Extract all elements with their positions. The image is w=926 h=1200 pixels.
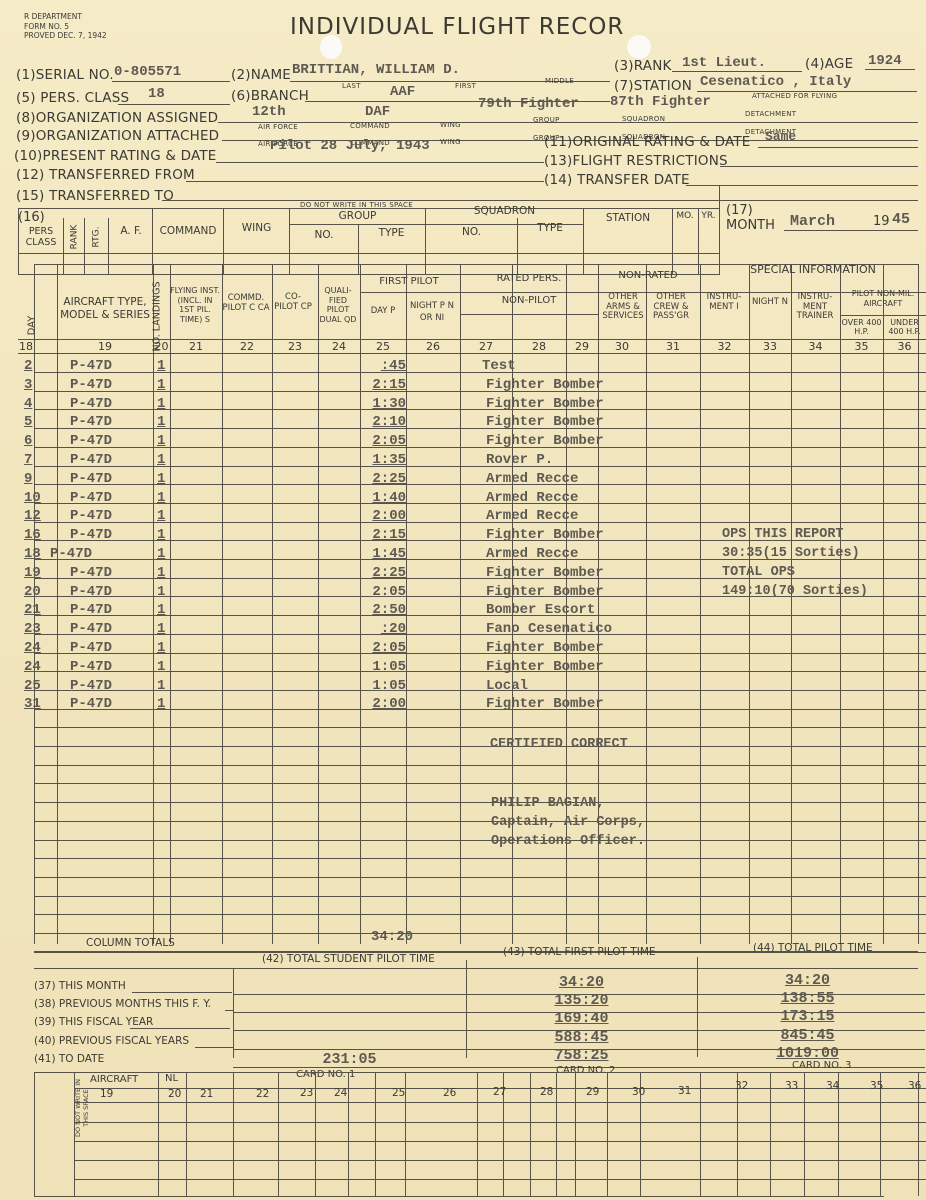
table-row[interactable]: 24P-47D12:05Fighter Bomber [0,640,926,658]
card-column-number: 29 [586,1086,599,1098]
flight-aircraft: P-47D [70,602,112,618]
serial-value[interactable]: 0-805571 [114,64,181,80]
present-rating-label: (10)PRESENT RATING & DATE [14,148,217,164]
flight-day: 19 [24,565,41,581]
flight-day-time: 2:10 [362,414,406,430]
rank-label: (3)RANK [614,58,672,74]
table-row[interactable]: 3P-47D12:15Fighter Bomber [0,377,926,395]
flight-day-time: 2:00 [362,696,406,712]
header-instr-trainer: INSTRU- MENT TRAINER [791,293,839,322]
column-number: 18 [18,340,34,353]
card-column-number: 24 [334,1087,347,1099]
flight-day-time: 1:35 [362,452,406,468]
station-label: (7)STATION [614,78,692,94]
card-column-line [348,1072,349,1196]
flight-landings: 1 [157,377,165,393]
flight-day: 25 [24,678,41,694]
grid-row-line [34,858,926,859]
grid-line [840,315,926,316]
flight-aircraft: P-47D [70,396,112,412]
card-aircraft-label: AIRCRAFT [90,1074,138,1085]
card-column-line [770,1072,771,1196]
column-number: 31 [646,340,700,353]
column-number: 22 [222,340,272,353]
rank-value[interactable]: 1st Lieut. [682,55,766,71]
header-qualified: QUALI- FIED PILOT DUAL QD [318,286,358,324]
card-column-line [278,1072,279,1196]
branch-value[interactable]: AAF [390,84,415,100]
sub-label-detachment: DETACHMENT [745,110,796,118]
header-fp-night: NIGHT P N OR NI [406,300,458,324]
month-value[interactable]: March [790,213,835,230]
card-row-line [74,1122,926,1123]
code-mo: MO. [672,211,698,222]
column-number: 20 [153,340,170,353]
header-rated-pers: RATED PERS. [460,273,598,284]
flight-day-time: 1:40 [362,490,406,506]
totals-leader-line [132,992,232,993]
grid-row-line [34,802,926,803]
flight-remark: Fighter Bomber [486,414,604,430]
first-pilot-time-label: (43) TOTAL FIRST PILOT TIME [503,946,656,958]
flight-remark: Local [486,678,528,694]
flight-remark: Fighter Bomber [486,640,604,656]
grid-row-line [34,765,926,766]
card-row-line [74,1179,926,1180]
flight-day: 24 [24,659,41,675]
flight-landings: 1 [157,508,165,524]
flight-remark: Fighter Bomber [486,433,604,449]
flight-remark: Rover P. [486,452,553,468]
first-pilot-time: 758:25 [466,1047,697,1064]
field-16-label: (16) [18,210,45,225]
code-station: STATION [584,213,672,224]
code-squadron: SQUADRON [426,206,583,217]
org-assigned-af[interactable]: 12th [252,104,286,120]
code-group-type: TYPE [358,228,425,239]
column-number: 32 [700,340,749,353]
month-label: MONTH [726,218,775,233]
card-column-number: 32 [735,1080,748,1092]
org-assigned-command[interactable]: DAF [365,104,390,120]
table-row[interactable]: 31P-47D12:00Fighter Bomber [0,696,926,714]
first-pilot-time: 169:40 [466,1010,697,1027]
flight-day-time: 2:25 [362,471,406,487]
table-row[interactable]: 6P-47D12:05Fighter Bomber [0,433,926,451]
flight-aircraft: P-47D [70,414,112,430]
age-label: (4)AGE [805,56,853,72]
column-number: 33 [749,340,791,353]
flight-landings: 1 [157,546,165,562]
header-night: NIGHT N [749,293,791,312]
card-row-line [74,1160,926,1161]
org-assigned-squadron[interactable]: 87th Fighter [610,94,711,110]
column-number: 30 [598,340,646,353]
card-line [34,1196,884,1197]
flight-landings: 1 [157,414,165,430]
flight-day: 21 [24,602,41,618]
card-line [34,1072,35,1196]
flight-day-time: 2:00 [362,508,406,524]
total-pilot-time: 138:55 [697,990,918,1007]
flight-remark: Fighter Bomber [486,696,604,712]
flight-day-time: 1:05 [362,659,406,675]
flight-aircraft: P-47D [70,508,112,524]
card-row-line [74,1141,926,1142]
flight-aircraft: P-47D [70,640,112,656]
flight-landings: 1 [157,527,165,543]
ops-this-report-value: 30:35(15 Sorties) [722,544,868,563]
name-value[interactable]: BRITTIAN, WILLIAM D. [292,62,460,78]
flight-day-time: 2:05 [362,433,406,449]
form-number: FORM NO. 5 [24,22,107,32]
grid-row-line [34,914,926,915]
serial-label: (1)SERIAL NO. [16,67,114,83]
total-ops-label: TOTAL OPS [722,563,868,582]
flight-aircraft: P-47D [70,471,112,487]
card-column-number: 25 [392,1087,405,1099]
first-pilot-time: 34:20 [466,974,697,991]
code-wing: WING [224,223,289,234]
total-ops-value: 149:10(70 Sorties) [722,582,868,601]
flight-aircraft: P-47D [70,490,112,506]
header-aircraft: AIRCRAFT TYPE, MODEL & SERIES [57,296,153,322]
sub-label-command: COMMAND [350,122,390,130]
code-group: GROUP [290,211,425,222]
card-column-number: 27 [493,1086,506,1098]
card-column-number: 31 [678,1085,691,1097]
card-column-number: 23 [300,1087,313,1099]
grid-row-line [34,877,926,878]
flight-day-time: 2:50 [362,602,406,618]
card-column-number: 19 [100,1088,113,1100]
totals-row-label: (39) THIS FISCAL YEAR [34,1016,153,1028]
flight-aircraft: P-47D [50,546,92,562]
flight-aircraft: P-47D [70,621,112,637]
table-row[interactable]: 21P-47D12:50Bomber Escort [0,602,926,620]
header-other-crew: OTHER CREW & PASS'GR [646,293,696,322]
flight-landings: 1 [157,584,165,600]
flight-aircraft: P-47D [70,377,112,393]
flight-day: 7 [24,452,32,468]
header-non-pilot: NON-PILOT [460,295,598,306]
flight-landings: 1 [157,696,165,712]
card-column-number: 36 [908,1080,921,1092]
sub-label-attached: ATTACHED FOR FLYING [752,92,837,100]
card-column-line [186,1072,187,1196]
name-label: (2)NAME [231,67,291,83]
flight-day: 6 [24,433,32,449]
flight-record-form: R DEPARTMENT FORM NO. 5 PROVED DEC. 7, 1… [0,0,926,1200]
code-command: COMMAND [153,226,223,237]
flight-day: 9 [24,471,32,487]
flight-day: 24 [24,640,41,656]
card-column-line [575,1072,576,1196]
table-row[interactable]: 9P-47D12:25Armed Recce [0,471,926,489]
header-co-pilot: CO- PILOT CP [272,292,314,312]
month-num-label: (17) [726,203,753,218]
flight-landings: 1 [157,602,165,618]
header-non-rated: NON-RATED [598,270,698,281]
code-pers-class: PERS CLASS [20,226,62,248]
flight-aircraft: P-47D [70,678,112,694]
first-pilot-time: 135:20 [466,992,697,1009]
flight-landings: 1 [157,433,165,449]
column-number: 29 [566,340,598,353]
flight-remark: Fano Cesenatico [486,621,612,637]
flight-day-time: 2:15 [362,377,406,393]
flight-remark: Fighter Bomber [486,659,604,675]
first-pilot-time: 588:45 [466,1029,697,1046]
code-squadron-no: NO. [426,227,517,238]
form-header-meta: R DEPARTMENT FORM NO. 5 PROVED DEC. 7, 1… [24,12,107,41]
special-notes: OPS THIS REPORT 30:35(15 Sorties) TOTAL … [722,525,868,601]
grid-line [18,353,926,354]
code-group-no: NO. [290,230,358,241]
grid-row-line [34,821,926,822]
flight-day: 3 [24,377,32,393]
column-number: 19 [57,340,153,353]
flight-restrictions-label: (13)FLIGHT RESTRICTIONS [544,153,728,169]
year-prefix: 19 [873,214,890,229]
sub-label-last: LAST [342,82,361,90]
department-text: R DEPARTMENT [24,12,107,22]
table-row[interactable]: 25P-47D11:05Local [0,678,926,696]
card-column-number: 33 [785,1080,798,1092]
card-column-number: 20 [168,1088,181,1100]
flight-remark: Armed Recce [486,508,578,524]
header-first-pilot: FIRST PILOT [360,276,458,287]
flight-remark: Test [482,358,516,374]
pers-class-value[interactable]: 18 [148,86,165,102]
table-row[interactable]: 10P-47D11:40Armed Recce [0,490,926,508]
approval-date: PROVED DEC. 7, 1942 [24,31,107,41]
totals-row-label: (37) THIS MONTH [34,980,126,992]
header-fp-day: DAY P [360,306,406,317]
card-column-line [74,1072,75,1196]
station-value[interactable]: Cesenatico , Italy [700,74,851,90]
card-column-line [530,1072,531,1196]
card-column-number: 21 [200,1088,213,1100]
flight-landings: 1 [157,452,165,468]
ops-this-report-label: OPS THIS REPORT [722,525,868,544]
transferred-from-label: (12) TRANSFERRED FROM [16,167,195,183]
sub-label-squadron: SQUADRON [622,115,665,123]
flight-day-time: :45 [362,358,406,374]
pers-class-label: (5) PERS. CLASS [16,90,129,106]
card-column-line [315,1072,316,1196]
code-rtg: RTG. [91,227,101,248]
card-column-line [556,1072,557,1196]
totals-row-label: (38) PREVIOUS MONTHS THIS F. Y. [34,998,211,1010]
flight-aircraft: P-47D [70,584,112,600]
officer-rank: Captain, Air Corps, [491,813,645,832]
flight-day: 23 [24,621,41,637]
flight-landings: 1 [157,396,165,412]
branch-label: (6)BRANCH [231,88,309,104]
code-rank: RANK [69,225,79,250]
punch-hole [320,35,342,59]
flight-remark: Fighter Bomber [486,565,604,581]
flight-landings: 1 [157,678,165,694]
card-1-label: CARD NO. 1 [296,1069,355,1080]
flight-day: 2 [24,358,32,374]
table-row[interactable]: 4P-47D11:30Fighter Bomber [0,396,926,414]
sub-label-wing: WING [440,121,461,129]
flight-remark: Armed Recce [486,471,578,487]
flight-day: 12 [24,508,41,524]
table-row[interactable]: 12P-47D12:00Armed Recce [0,508,926,526]
column-number: 35 [840,340,883,353]
grid-row-line [34,727,926,728]
total-pilot-time: 34:20 [697,972,918,989]
header-day: DAY [26,316,37,336]
card-do-not-write-notice: DO NOT WRITE IN THIS SPACE [74,1073,90,1143]
flight-landings: 1 [157,565,165,581]
flight-day: 31 [24,696,41,712]
card-column-line [375,1072,376,1196]
flight-landings: 1 [157,621,165,637]
column-number: 23 [272,340,318,353]
card-column-number: 26 [443,1087,456,1099]
present-rating-value[interactable]: Pilot 28 July, 1943 [270,138,430,154]
card-column-line [233,1072,234,1196]
header-special-info: SPECIAL INFORMATION [700,264,926,275]
card-3-label: CARD NO. 3 [792,1060,851,1071]
grid-row-line [34,933,926,934]
flight-day-time: 1:45 [362,546,406,562]
org-assigned-label: (8)ORGANIZATION ASSIGNED [16,110,218,126]
flight-day-time: 2:15 [362,527,406,543]
flight-day: 4 [24,396,32,412]
header-commd-pilot: COMMD. PILOT C CA [222,293,270,313]
table-row[interactable]: 23P-47D1:20Fano Cesenatico [0,621,926,639]
flight-day-time: 2:05 [362,584,406,600]
flight-aircraft: P-47D [70,433,112,449]
card-column-line [158,1072,159,1196]
flight-day-time: :20 [362,621,406,637]
card-column-number: 22 [256,1088,269,1100]
flight-aircraft: P-47D [70,452,112,468]
header-under-400: UNDER 400 H.P. [883,318,926,336]
year-value[interactable]: 45 [892,211,910,228]
grid-row-line [34,746,926,747]
code-af: A. F. [110,226,152,237]
flight-remark: Armed Recce [486,546,578,562]
header-over-400: OVER 400 H.P. [840,318,883,336]
org-attached-label: (9)ORGANIZATION ATTACHED [16,128,219,144]
card-column-line [700,1072,701,1196]
officer-name: PHILIP BAGIAN, [491,794,645,813]
flight-day: 18 [24,546,41,562]
card-nl-label: NL [165,1073,178,1084]
punch-hole [627,35,651,59]
flight-day: 5 [24,414,32,430]
grid-row-line [34,840,926,841]
column-number: 25 [360,340,406,353]
flight-remark: Armed Recce [486,490,578,506]
column-number: 36 [883,340,926,353]
grid-row-line [34,783,926,784]
flight-day-time: 1:05 [362,678,406,694]
flight-day: 10 [24,490,41,506]
flight-landings: 1 [157,640,165,656]
transferred-to-label: (15) TRANSFERRED TO [16,188,174,204]
student-pilot-time-label: (42) TOTAL STUDENT PILOT TIME [262,953,435,965]
header-pilot-nonmil: PILOT NON-MIL. AIRCRAFT [840,289,926,308]
column-number: 34 [791,340,840,353]
flight-day-time: 2:25 [362,565,406,581]
flight-day: 16 [24,527,41,543]
column-number: 28 [512,340,566,353]
flight-aircraft: P-47D [70,659,112,675]
card-column-number: 34 [826,1080,839,1092]
totals-row-label: (40) PREVIOUS FISCAL YEARS [34,1035,189,1047]
grid-line [460,314,598,315]
code-yr: YR. [698,211,719,222]
flight-day-time: 1:30 [362,396,406,412]
card-column-line [804,1072,805,1196]
original-rating-value[interactable]: Same [765,129,796,144]
column-number: 26 [406,340,460,353]
column-totals-label: COLUMN TOTALS [86,937,175,949]
card-line [34,1072,926,1073]
sub-label-middle: MIDDLE [545,77,574,85]
flight-aircraft: P-47D [70,358,112,374]
flight-remark: Bomber Escort [486,602,595,618]
flight-aircraft: P-47D [70,565,112,581]
header-other-arms: OTHER ARMS & SERVICES [600,293,646,322]
transfer-date-label: (14) TRANSFER DATE [544,172,690,188]
total-pilot-time-label: (44) TOTAL PILOT TIME [753,942,873,954]
flight-day: 20 [24,584,41,600]
original-rating-label: (11)ORIGINAL RATING & DATE [544,134,751,150]
flight-remark: Fighter Bomber [486,584,604,600]
totals-leader-line [195,1047,233,1048]
table-row[interactable]: 5P-47D12:10Fighter Bomber [0,414,926,432]
flight-remark: Fighter Bomber [486,396,604,412]
totals-leader-line [130,1028,230,1029]
flight-landings: 1 [157,659,165,675]
grid-row-line [34,896,926,897]
flight-aircraft: P-47D [70,527,112,543]
card-column-number: 35 [870,1080,883,1092]
signature-block: PHILIP BAGIAN, Captain, Air Corps, Opera… [491,794,645,851]
flight-landings: 1 [157,471,165,487]
sub-label-air-force: AIR FORCE [258,123,298,131]
org-assigned-group[interactable]: 79th Fighter [478,96,579,112]
totals-row-label: (41) TO DATE [34,1053,104,1065]
age-value[interactable]: 1924 [868,53,902,69]
officer-title: Operations Officer. [491,832,645,851]
table-row[interactable]: 2P-47D1:45Test [0,358,926,376]
flight-day-time: 2:05 [362,640,406,656]
total-pilot-time: 845:45 [697,1027,918,1044]
flight-remark: Fighter Bomber [486,377,604,393]
header-flying-inst: FLYING INST. (INCL. IN 1ST PIL. TIME) S [170,286,220,324]
table-row[interactable]: 24P-47D11:05Fighter Bomber [0,659,926,677]
total-pilot-time: 173:15 [697,1008,918,1025]
flight-aircraft: P-47D [70,696,112,712]
certified-correct: CERTIFIED CORRECT [490,737,628,752]
card-column-line [477,1072,478,1196]
column-number: 27 [460,340,512,353]
code-squadron-type: TYPE [517,223,583,234]
column-number: 21 [170,340,222,353]
card-column-number: 28 [540,1086,553,1098]
card-line [74,1102,926,1103]
table-row[interactable]: 7P-47D11:35Rover P. [0,452,926,470]
